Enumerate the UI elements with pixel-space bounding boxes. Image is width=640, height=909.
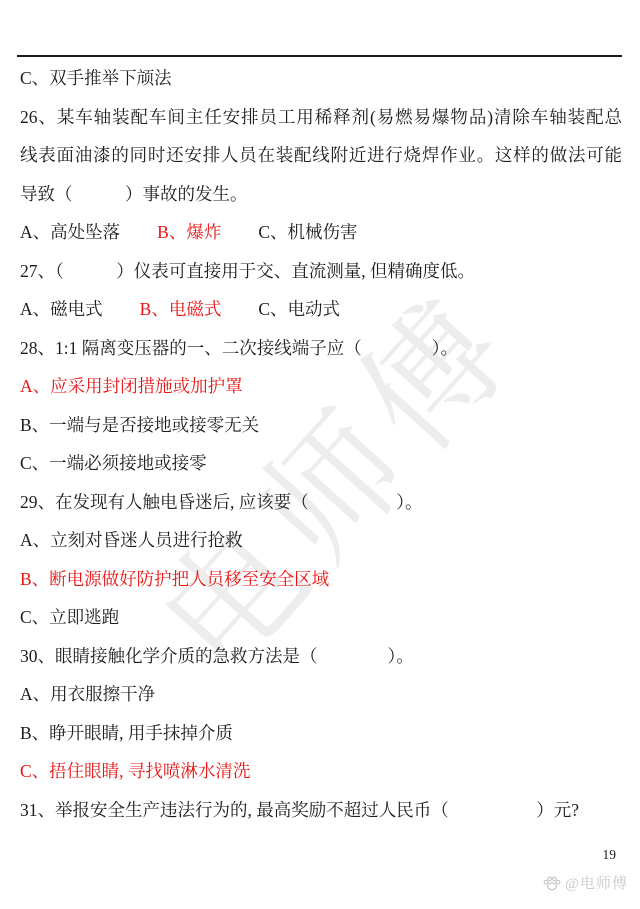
question-26-line-3: 导致（ ）事故的发生。 [20,175,622,214]
question-26-line-1-text: 26、某车轴装配车间主任安排员工用稀释剂(易燃易爆物品)清除车轴装配总 [20,107,622,127]
question-list: C、双手推举下颃法26、某车轴装配车间主任安排员工用稀释剂(易燃易爆物品)清除车… [20,59,622,829]
question-26-line-3-text: 导致（ ）事故的发生。 [20,184,248,204]
option-c-q28-text: C、一端必须接地或接零 [20,453,207,473]
option-c-q26: C、机械伤害 [258,222,357,242]
question-27-text: 27、（ ）仪表可直接用于交、直流测量, 但精确度低。 [20,261,475,281]
paw-icon [543,875,561,891]
options-q26: A、高处坠落B、爆炸C、机械伤害 [20,213,622,252]
header-rule [17,55,622,57]
option-a-q30: A、用衣服擦干净 [20,675,622,714]
question-31-text: 31、举报安全生产违法行为的, 最高奖励不超过人民币（ ）元? [20,800,579,820]
option-b-q30: B、睁开眼睛, 用手抹掉介质 [20,714,622,753]
option-a-q29: A、立刻对昏迷人员进行抢救 [20,521,622,560]
question-26-line-2: 线表面油漆的同时还安排人员在装配线附近进行烧焊作业。这样的做法可能 [20,136,622,175]
option-a-q29-text: A、立刻对昏迷人员进行抢救 [20,530,243,550]
question-30-text: 30、眼睛接触化学介质的急救方法是（ ）。 [20,646,414,666]
option-c-q29: C、立即逃跑 [20,598,622,637]
exam-document-page: 电师傅 C、双手推举下颃法26、某车轴装配车间主任安排员工用稀释剂(易燃易爆物品… [0,0,640,909]
question-29: 29、在发现有人触电昏迷后, 应该要（ ）。 [20,483,622,522]
option-a-q28-text: A、应采用封闭措施或加护罩 [20,376,243,396]
question-26-line-1: 26、某车轴装配车间主任安排员工用稀释剂(易燃易爆物品)清除车轴装配总 [20,98,622,137]
options-q27: A、磁电式B、电磁式C、电动式 [20,290,622,329]
option-b-q27: B、电磁式 [140,299,222,319]
option-c-q27: C、电动式 [258,299,340,319]
option-b-q30-text: B、睁开眼睛, 用手抹掉介质 [20,723,233,743]
question-28-text: 28、1:1 隔离变压器的一、二次接线端子应（ ）。 [20,338,458,358]
question-26-line-2-text: 线表面油漆的同时还安排人员在装配线附近进行烧焊作业。这样的做法可能 [20,145,622,165]
page-number: 19 [603,847,617,863]
option-b-q29: B、断电源做好防护把人员移至安全区域 [20,560,622,599]
option-b-q28: B、一端与是否接地或接零无关 [20,406,622,445]
option-a-q27: A、磁电式 [20,299,103,319]
option-c-q28: C、一端必须接地或接零 [20,444,622,483]
option-b-q26: B、爆炸 [157,222,221,242]
option-b-q29-text: B、断电源做好防护把人员移至安全区域 [20,569,329,589]
question-31: 31、举报安全生产违法行为的, 最高奖励不超过人民币（ ）元? [20,791,622,830]
option-c-q30: C、捂住眼睛, 寻找喷淋水清洗 [20,752,622,791]
option-a-q30-text: A、用衣服擦干净 [20,684,155,704]
option-b-q28-text: B、一端与是否接地或接零无关 [20,415,259,435]
option-c-q25: C、双手推举下颃法 [20,59,622,98]
option-a-q26: A、高处坠落 [20,222,120,242]
option-c-q30-text: C、捂住眼睛, 寻找喷淋水清洗 [20,761,250,781]
question-29-text: 29、在发现有人触电昏迷后, 应该要（ ）。 [20,492,423,512]
question-28: 28、1:1 隔离变压器的一、二次接线端子应（ ）。 [20,329,622,368]
option-c-q25-text: C、双手推举下颃法 [20,68,172,88]
option-c-q29-text: C、立即逃跑 [20,607,119,627]
option-a-q28: A、应采用封闭措施或加护罩 [20,367,622,406]
question-30: 30、眼睛接触化学介质的急救方法是（ ）。 [20,637,622,676]
question-27: 27、（ ）仪表可直接用于交、直流测量, 但精确度低。 [20,252,622,291]
footer-watermark: @电师傅 [543,872,628,893]
footer-watermark-text: @电师傅 [565,872,628,893]
